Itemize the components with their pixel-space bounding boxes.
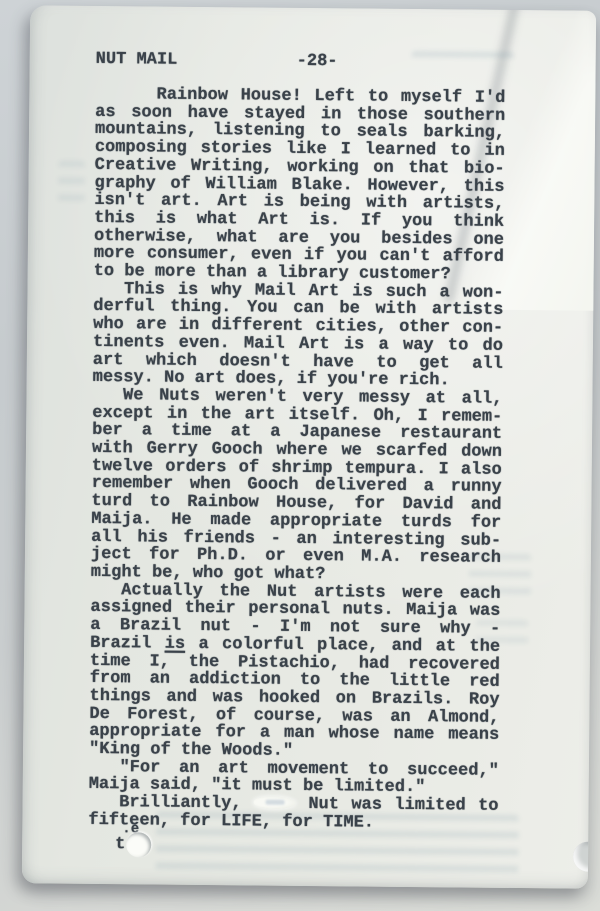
- typed-lines: Rainbow House! Left to myself I'das soon…: [88, 86, 505, 833]
- photo-backdrop: { "header": { "title": "NUT MAIL", "page…: [0, 0, 600, 911]
- page-number: -28-: [297, 53, 338, 71]
- hole-punch: [126, 832, 151, 857]
- bleed-through-smudge: [58, 161, 84, 209]
- doc-title: NUT MAIL: [96, 50, 178, 70]
- underlined-word: is: [165, 634, 186, 653]
- typed-page: NUT MAIL -28- Rainbow House! Left to mys…: [22, 5, 596, 888]
- edge-notch: [573, 842, 596, 872]
- typed-fragment-bottom: t: [115, 835, 125, 854]
- line-part: Brazil: [90, 634, 165, 654]
- whiteout-correction: [254, 797, 296, 809]
- doc-header: NUT MAIL -28-: [96, 51, 506, 73]
- typed-text-block: NUT MAIL -28- Rainbow House! Left to mys…: [88, 51, 505, 833]
